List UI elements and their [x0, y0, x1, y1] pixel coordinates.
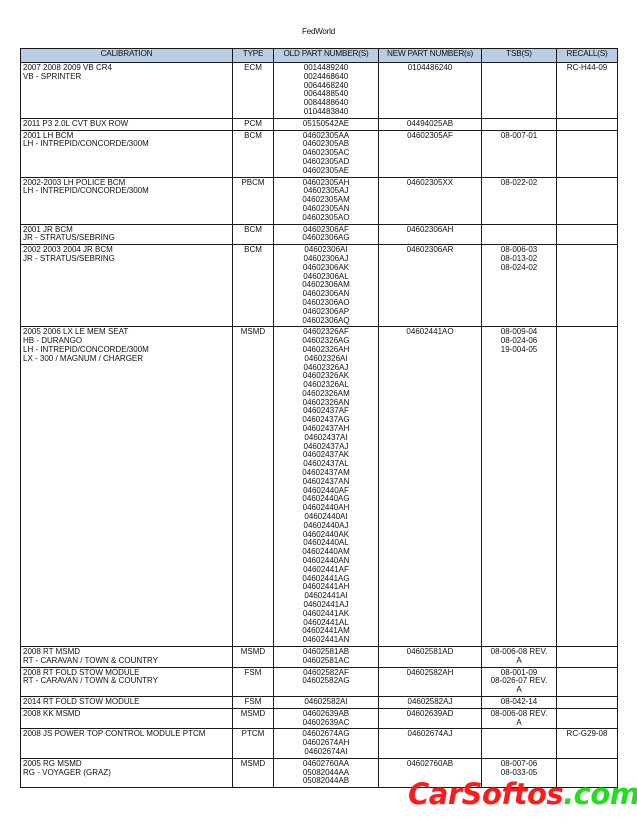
cell-type: FSM — [233, 667, 274, 696]
cell-calibration: 2001 JR BCMJR - STRATUS/SEBRING — [21, 224, 233, 245]
cell-tsb-line: A — [484, 686, 554, 695]
cell-new-part-numbers: 04602441AO — [379, 327, 482, 647]
cell-new-part-numbers: 04602305AF — [379, 130, 482, 177]
cell-new-part-numbers: 0104486240 — [379, 63, 482, 119]
table-row: 2002-2003 LH POLICE BCMLH - INTREPID/CON… — [21, 177, 618, 224]
cell-calibration-line: 2008 JS POWER TOP CONTROL MODULE PTCM — [23, 730, 230, 739]
cell-new-part-numbers: 04602674AJ — [379, 729, 482, 758]
cell-calibration-line: RG - VOYAGER (GRAZ) — [23, 769, 230, 778]
cell-calibration-line: VB - SPRINTER — [23, 73, 230, 82]
cell-new-part-numbers-line: 04602760AB — [381, 760, 479, 769]
cell-calibration-line: 2011 P3 2.0L CVT BUX ROW — [23, 120, 230, 129]
cell-tsb: 08-006-08 REV.A — [482, 647, 557, 668]
cell-type: MSMD — [233, 327, 274, 647]
table-row: 2002 2003 2004 JR BCMJR - STRATUS/SEBRIN… — [21, 245, 618, 327]
table-header-row: CALIBRATION TYPE OLD PART NUMBER(S) NEW … — [21, 49, 618, 63]
cell-recall — [557, 647, 618, 668]
header-recall: RECALL(S) — [557, 49, 618, 63]
table-row: 2008 KK MSMDMSMD04602639AB04602639AC0460… — [21, 708, 618, 729]
cell-new-part-numbers-line: 04602674AJ — [381, 730, 479, 739]
cell-type: PBCM — [233, 177, 274, 224]
cell-calibration-line: 2014 RT FOLD STOW MODULE — [23, 698, 230, 707]
cell-old-part-numbers: 0014489240002446864000644682400064488540… — [274, 63, 379, 119]
cell-tsb: 08-042-14 — [482, 696, 557, 708]
cell-tsb: 08-022-02 — [482, 177, 557, 224]
cell-type: BCM — [233, 245, 274, 327]
cell-type: FSM — [233, 696, 274, 708]
header-calibration: CALIBRATION — [21, 49, 233, 63]
cell-recall — [557, 667, 618, 696]
cell-new-part-numbers-line: 04602582AH — [381, 669, 479, 678]
cell-old-part-numbers-line: 04602305AE — [276, 167, 376, 176]
table-row: 2014 RT FOLD STOW MODULEFSM04602582AI046… — [21, 696, 618, 708]
table-row: 2001 LH BCMLH - INTREPID/CONCORDE/300MBC… — [21, 130, 618, 177]
cell-tsb: 08-006-08 REV.A — [482, 708, 557, 729]
cell-calibration: 2008 RT FOLD STOW MODULERT - CARAVAN / T… — [21, 667, 233, 696]
table-row: 2001 JR BCMJR - STRATUS/SEBRINGBCM046023… — [21, 224, 618, 245]
cell-old-part-numbers-line: 04602582AI — [276, 698, 376, 707]
cell-recall — [557, 224, 618, 245]
cell-recall-line: RC-G29-08 — [559, 730, 615, 739]
cell-calibration: 2002 2003 2004 JR BCMJR - STRATUS/SEBRIN… — [21, 245, 233, 327]
cell-tsb: 08-007-01 — [482, 130, 557, 177]
cell-calibration-line: LH - INTREPID/CONCORDE/300M — [23, 187, 230, 196]
cell-old-part-numbers-line: 04602306AQ — [276, 317, 376, 326]
cell-calibration-line: LH - INTREPID/CONCORDE/300M — [23, 140, 230, 149]
cell-tsb-line: 19-004-05 — [484, 346, 554, 355]
cell-recall-line: RC-H44-09 — [559, 64, 615, 73]
cell-new-part-numbers: 04602639AD — [379, 708, 482, 729]
watermark-logo: CarSoftos.com — [408, 780, 637, 809]
cell-old-part-numbers: 04602306AI04602306AJ04602306AK04602306AL… — [274, 245, 379, 327]
cell-calibration-line: RT - CARAVAN / TOWN & COUNTRY — [23, 657, 230, 666]
cell-calibration: 2008 KK MSMD — [21, 708, 233, 729]
cell-calibration-line: 2008 KK MSMD — [23, 710, 230, 719]
cell-new-part-numbers: 04602306AR — [379, 245, 482, 327]
cell-calibration: 2005 RG MSMDRG - VOYAGER (GRAZ) — [21, 758, 233, 787]
cell-old-part-numbers-line: 04602639AC — [276, 719, 376, 728]
cell-type: MSMD — [233, 647, 274, 668]
cell-old-part-numbers-line: 04602582AG — [276, 677, 376, 686]
table-row: 2008 JS POWER TOP CONTROL MODULE PTCMPTC… — [21, 729, 618, 758]
cell-old-part-numbers-line: 04602581AC — [276, 657, 376, 666]
cell-old-part-numbers: 04602674AG04602674AH04602674AI — [274, 729, 379, 758]
table-row: 2005 2006 LX LE MEM SEATHB - DURANGOLH -… — [21, 327, 618, 647]
cell-calibration: 2011 P3 2.0L CVT BUX ROW — [21, 118, 233, 130]
table-body: 2007 2008 2009 VB CR4VB - SPRINTERECM001… — [21, 63, 618, 788]
cell-type: PTCM — [233, 729, 274, 758]
cell-old-part-numbers-line: 0104483840 — [276, 108, 376, 117]
table-row: 2007 2008 2009 VB CR4VB - SPRINTERECM001… — [21, 63, 618, 119]
cell-tsb-line: A — [484, 719, 554, 728]
cell-recall — [557, 245, 618, 327]
cell-old-part-numbers: 04602582AI — [274, 696, 379, 708]
cell-type: BCM — [233, 224, 274, 245]
cell-new-part-numbers-line: 04602305AF — [381, 132, 479, 141]
cell-new-part-numbers: 04602582AJ — [379, 696, 482, 708]
cell-type: MSMD — [233, 708, 274, 729]
cell-calibration-line: LX - 300 / MAGNUM / CHARGER — [23, 355, 230, 364]
cell-tsb — [482, 224, 557, 245]
cell-old-part-numbers-line: 05082044AB — [276, 777, 376, 786]
cell-new-part-numbers-line: 04602581AD — [381, 648, 479, 657]
cell-new-part-numbers: 04602582AH — [379, 667, 482, 696]
table-row: 2008 RT FOLD STOW MODULERT - CARAVAN / T… — [21, 667, 618, 696]
cell-old-part-numbers: 04602639AB04602639AC — [274, 708, 379, 729]
header-tsb: TSB(S) — [482, 49, 557, 63]
cell-new-part-numbers-line: 04602306AR — [381, 246, 479, 255]
cell-old-part-numbers-line: 04602306AG — [276, 234, 376, 243]
cell-type: PCM — [233, 118, 274, 130]
cell-new-part-numbers: 04602306AH — [379, 224, 482, 245]
cell-recall: RC-G29-08 — [557, 729, 618, 758]
page-title: FedWorld — [0, 27, 637, 36]
cell-calibration: 2008 RT MSMDRT - CARAVAN / TOWN & COUNTR… — [21, 647, 233, 668]
cell-old-part-numbers: 04602306AF04602306AG — [274, 224, 379, 245]
cell-recall — [557, 696, 618, 708]
watermark-suffix: .com — [563, 777, 637, 811]
cell-old-part-numbers-line: 04602674AI — [276, 748, 376, 757]
cell-recall — [557, 130, 618, 177]
cell-type: ECM — [233, 63, 274, 119]
parts-table: CALIBRATION TYPE OLD PART NUMBER(S) NEW … — [20, 48, 618, 788]
cell-calibration: 2002-2003 LH POLICE BCMLH - INTREPID/CON… — [21, 177, 233, 224]
cell-old-part-numbers: 05150542AE — [274, 118, 379, 130]
cell-calibration-line: JR - STRATUS/SEBRING — [23, 255, 230, 264]
cell-new-part-numbers-line: 04494025AB — [381, 120, 479, 129]
cell-tsb: 08-009-0408-024-0619-004-05 — [482, 327, 557, 647]
cell-recall: RC-H44-09 — [557, 63, 618, 119]
cell-tsb — [482, 729, 557, 758]
cell-old-part-numbers-line: 04602305AO — [276, 214, 376, 223]
cell-new-part-numbers-line: 04602441AO — [381, 328, 479, 337]
cell-old-part-numbers: 04602581AB04602581AC — [274, 647, 379, 668]
cell-tsb — [482, 118, 557, 130]
cell-calibration: 2014 RT FOLD STOW MODULE — [21, 696, 233, 708]
cell-old-part-numbers: 04602760AA05082044AA05082044AB — [274, 758, 379, 787]
cell-tsb-line: 08-007-01 — [484, 132, 554, 141]
watermark-brand: CarSoftos — [408, 777, 563, 811]
cell-tsb — [482, 63, 557, 119]
header-new-part-numbers: NEW PART NUMBER(s) — [379, 49, 482, 63]
cell-tsb: 08-006-0308-013-0208-024-02 — [482, 245, 557, 327]
cell-recall — [557, 118, 618, 130]
cell-calibration: 2008 JS POWER TOP CONTROL MODULE PTCM — [21, 729, 233, 758]
cell-tsb-line: A — [484, 657, 554, 666]
cell-old-part-numbers: 04602326AF04602326AG04602326AH04602326AI… — [274, 327, 379, 647]
cell-calibration-line: JR - STRATUS/SEBRING — [23, 234, 230, 243]
cell-calibration: 2001 LH BCMLH - INTREPID/CONCORDE/300M — [21, 130, 233, 177]
cell-new-part-numbers: 04602581AD — [379, 647, 482, 668]
cell-old-part-numbers: 04602305AA04602305AB04602305AC04602305AD… — [274, 130, 379, 177]
cell-old-part-numbers: 04602582AF04602582AG — [274, 667, 379, 696]
cell-new-part-numbers: 04602305XX — [379, 177, 482, 224]
table-row: 2011 P3 2.0L CVT BUX ROWPCM05150542AE044… — [21, 118, 618, 130]
table-row: 2008 RT MSMDRT - CARAVAN / TOWN & COUNTR… — [21, 647, 618, 668]
cell-type: MSMD — [233, 758, 274, 787]
cell-tsb: 08-001-0908-026-07 REV.A — [482, 667, 557, 696]
cell-calibration: 2005 2006 LX LE MEM SEATHB - DURANGOLH -… — [21, 327, 233, 647]
cell-type: BCM — [233, 130, 274, 177]
cell-new-part-numbers-line: 04602639AD — [381, 710, 479, 719]
cell-recall — [557, 327, 618, 647]
header-type: TYPE — [233, 49, 274, 63]
cell-tsb-line: 08-022-02 — [484, 179, 554, 188]
cell-calibration: 2007 2008 2009 VB CR4VB - SPRINTER — [21, 63, 233, 119]
cell-recall — [557, 177, 618, 224]
cell-old-part-numbers: 04602305AH04602305AJ04602305AM04602305AN… — [274, 177, 379, 224]
cell-calibration-line: RT - CARAVAN / TOWN & COUNTRY — [23, 677, 230, 686]
cell-old-part-numbers-line: 05150542AE — [276, 120, 376, 129]
cell-new-part-numbers-line: 04602306AH — [381, 226, 479, 235]
cell-tsb-line: 08-024-02 — [484, 264, 554, 273]
cell-tsb-line: 08-042-14 — [484, 698, 554, 707]
cell-new-part-numbers: 04494025AB — [379, 118, 482, 130]
cell-recall — [557, 708, 618, 729]
cell-new-part-numbers-line: 04602582AJ — [381, 698, 479, 707]
cell-new-part-numbers-line: 0104486240 — [381, 64, 479, 73]
header-old-part-numbers: OLD PART NUMBER(S) — [274, 49, 379, 63]
cell-old-part-numbers-line: 04602441AN — [276, 636, 376, 645]
cell-new-part-numbers-line: 04602305XX — [381, 179, 479, 188]
